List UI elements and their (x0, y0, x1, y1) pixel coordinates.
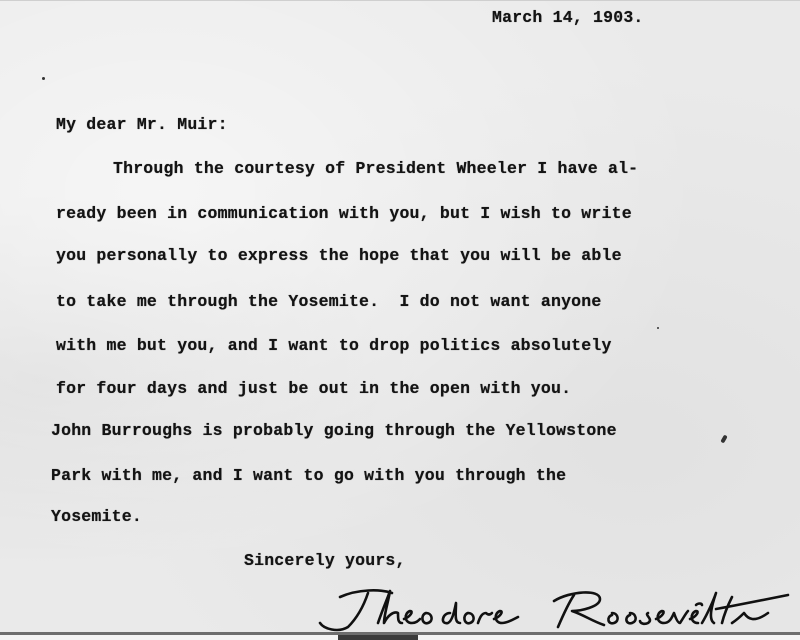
body-line-2: ready been in communication with you, bu… (56, 204, 632, 223)
body-line-8: Park with me, and I want to go with you … (51, 466, 566, 485)
closing: Sincerely yours, (244, 551, 406, 570)
body-line-4: to take me through the Yosemite. I do no… (56, 292, 602, 311)
body-line-7: John Burroughs is probably going through… (51, 421, 617, 440)
letter-date: March 14, 1903. (492, 8, 644, 27)
ink-speck (720, 435, 727, 444)
bottom-tab (338, 635, 418, 640)
signature-handwritten (318, 583, 798, 635)
body-line-6: for four days and just be out in the ope… (56, 379, 571, 398)
ink-speck (42, 77, 45, 80)
ink-speck (657, 327, 659, 329)
body-line-5: with me but you, and I want to drop poli… (56, 336, 612, 355)
salutation: My dear Mr. Muir: (56, 115, 228, 134)
body-line-9: Yosemite. (51, 507, 142, 526)
body-line-1: Through the courtesy of President Wheele… (113, 159, 638, 178)
letter-page: March 14, 1903. My dear Mr. Muir: Throug… (0, 0, 800, 633)
body-line-3: you personally to express the hope that … (56, 246, 622, 265)
